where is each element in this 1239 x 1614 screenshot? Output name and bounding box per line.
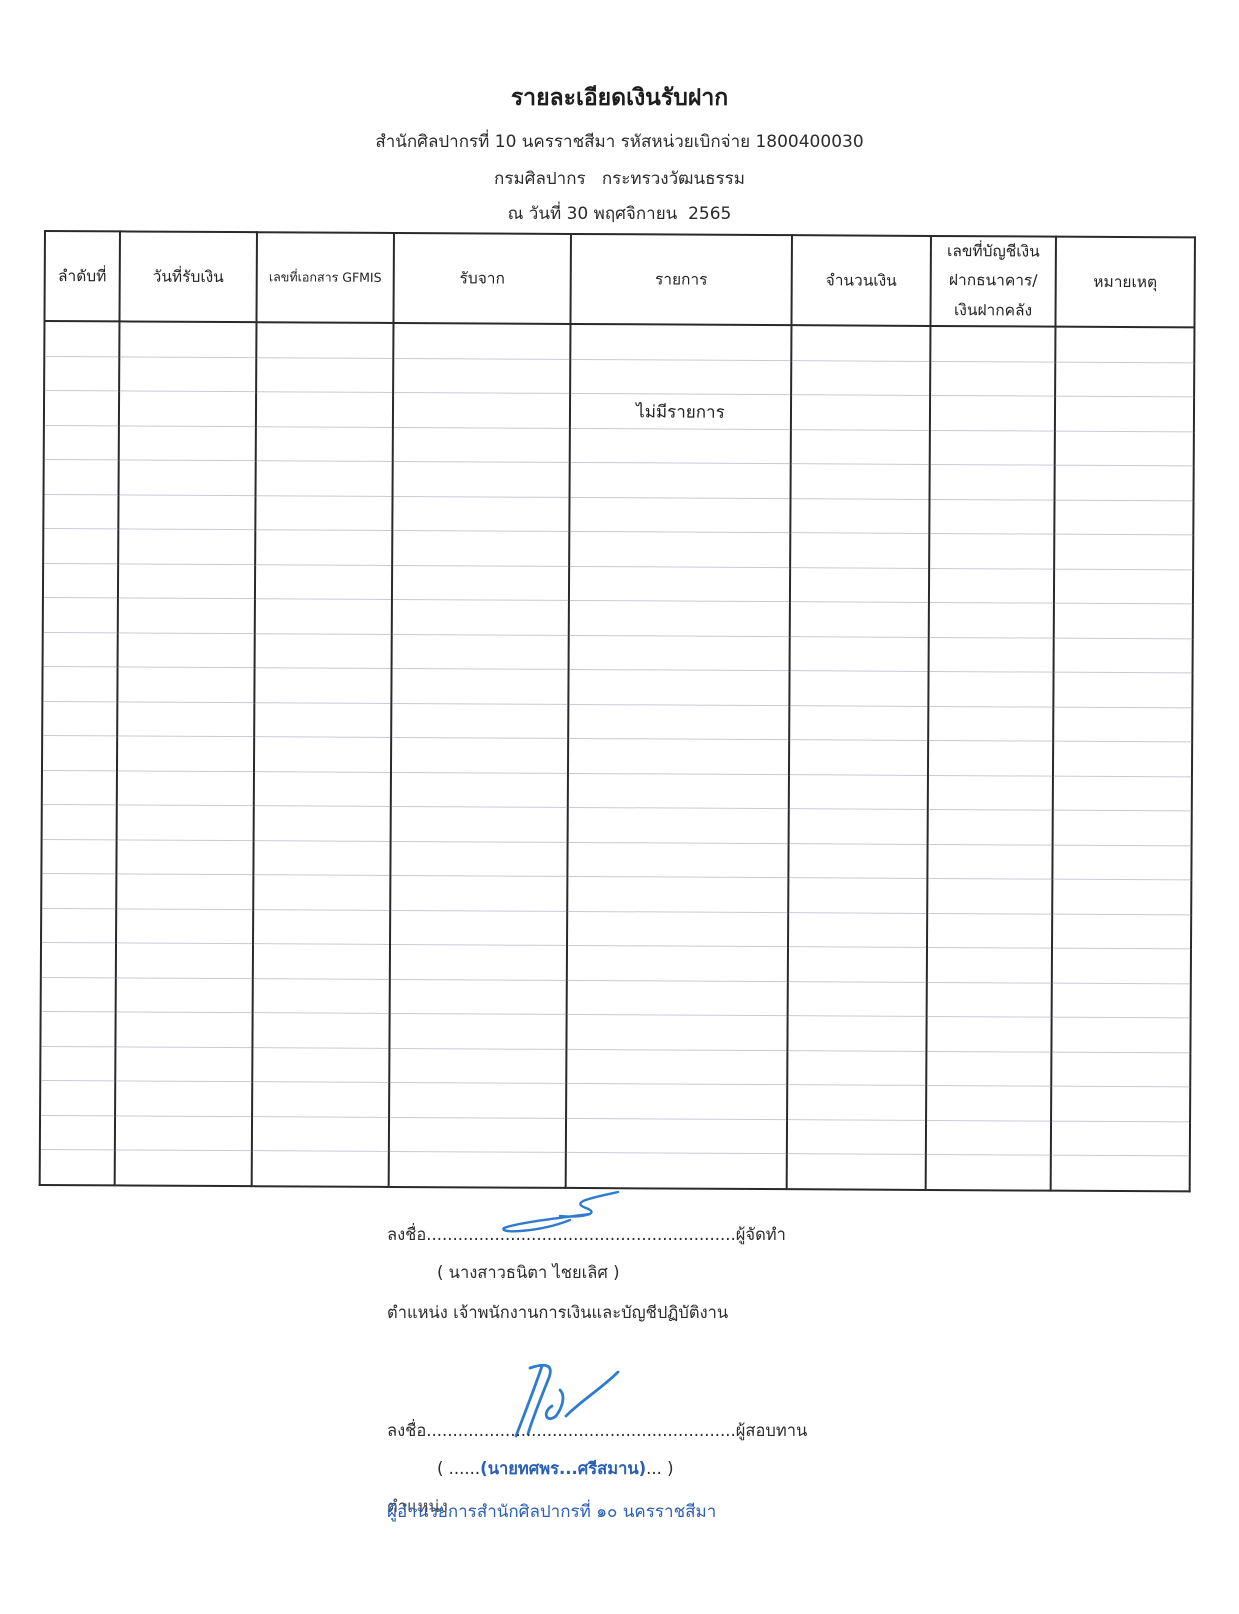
cell-gfmis-doc-no bbox=[253, 909, 390, 944]
cell-description bbox=[567, 946, 788, 982]
office-line: สำนักศิลปากรที่ 10 นครราชสีมา รหัสหน่วยเ… bbox=[0, 128, 1239, 155]
cell-amount bbox=[789, 705, 928, 740]
cell-seq bbox=[42, 701, 117, 736]
cell-received-from bbox=[393, 462, 570, 497]
cell-gfmis-doc-no bbox=[253, 978, 390, 1013]
cell-gfmis-doc-no bbox=[255, 530, 392, 565]
cell-account-no bbox=[929, 534, 1054, 569]
cell-remarks bbox=[1051, 1052, 1190, 1087]
cell-description bbox=[566, 1118, 787, 1154]
reviewer-role: ผู้สอบทาน bbox=[736, 1421, 808, 1440]
cell-seq bbox=[43, 494, 118, 529]
cell-seq bbox=[44, 356, 119, 391]
cell-seq bbox=[41, 839, 116, 874]
cell-amount bbox=[790, 567, 929, 602]
cell-gfmis-doc-no bbox=[252, 1151, 389, 1187]
cell-account-no bbox=[928, 706, 1053, 741]
cell-seq bbox=[42, 770, 117, 805]
cell-seq bbox=[44, 460, 119, 495]
cell-remarks bbox=[1051, 1086, 1190, 1121]
cell-amount bbox=[789, 809, 928, 844]
cell-gfmis-doc-no bbox=[253, 875, 390, 910]
cell-amount bbox=[788, 843, 927, 878]
document-title: รายละเอียดเงินรับฝาก bbox=[0, 80, 1239, 116]
cell-description bbox=[567, 980, 788, 1016]
cell-account-no bbox=[930, 361, 1055, 396]
cell-account-no bbox=[928, 672, 1053, 707]
cell-received-from bbox=[391, 703, 568, 738]
cell-amount bbox=[791, 395, 930, 430]
cell-account-no bbox=[930, 430, 1055, 465]
column-header-account-no: เลขที่บัญชีเงินฝากธนาคาร/เงินฝากคลัง bbox=[930, 236, 1056, 327]
cell-date-received bbox=[117, 667, 254, 702]
cell-gfmis-doc-no bbox=[253, 944, 390, 979]
cell-amount bbox=[791, 429, 930, 464]
cell-remarks bbox=[1053, 776, 1192, 811]
cell-description bbox=[570, 359, 791, 395]
cell-description bbox=[569, 601, 790, 637]
cell-gfmis-doc-no bbox=[254, 737, 391, 772]
cell-account-no bbox=[928, 810, 1053, 845]
sign-label: ลงชื่อ bbox=[387, 1225, 426, 1244]
cell-received-from bbox=[390, 841, 567, 876]
cell-date-received bbox=[115, 1116, 252, 1151]
cell-seq bbox=[41, 943, 116, 978]
cell-received-from bbox=[393, 358, 570, 393]
cell-remarks bbox=[1052, 845, 1191, 880]
cell-date-received bbox=[117, 736, 254, 771]
cell-date-received bbox=[117, 771, 254, 806]
cell-seq bbox=[43, 598, 118, 633]
date-line: ณ วันที่ 30 พฤศจิกายน 2565 bbox=[0, 200, 1239, 227]
cell-gfmis-doc-no bbox=[255, 599, 392, 634]
preparer-name: ( นางสาวธนิตา ไชยเลิศ ) bbox=[437, 1260, 620, 1286]
cell-seq bbox=[44, 425, 119, 460]
column-header-description: รายการ bbox=[570, 234, 792, 326]
cell-received-from bbox=[393, 323, 570, 359]
cell-account-no bbox=[926, 1120, 1051, 1155]
cell-amount bbox=[789, 671, 928, 706]
cell-remarks bbox=[1051, 1155, 1190, 1191]
cell-description bbox=[568, 773, 789, 809]
reviewer-name: (นายทศพร...ศรีสมาน) bbox=[480, 1459, 646, 1478]
cell-description bbox=[569, 532, 790, 568]
cell-seq bbox=[42, 736, 117, 771]
cell-description bbox=[566, 1049, 787, 1085]
table-row bbox=[40, 1150, 1190, 1191]
cell-amount bbox=[787, 1050, 926, 1085]
reviewer-position: ผู้อำนวยการสำนักศิลปากรที่ ๑๐ นครราชสีมา bbox=[387, 1502, 716, 1522]
cell-gfmis-doc-no bbox=[254, 806, 391, 841]
cell-received-from bbox=[390, 910, 567, 945]
reviewer-position-line: ตำแหน่ง ผู้อำนวยการสำนักศิลปากรที่ ๑๐ นค… bbox=[387, 1494, 716, 1521]
cell-gfmis-doc-no bbox=[255, 495, 392, 530]
cell-description bbox=[566, 1015, 787, 1051]
cell-account-no bbox=[926, 1017, 1051, 1052]
cell-amount bbox=[791, 325, 930, 361]
cell-remarks bbox=[1054, 603, 1193, 638]
cell-seq bbox=[40, 1012, 115, 1047]
cell-received-from bbox=[389, 1117, 566, 1152]
cell-remarks bbox=[1051, 1121, 1190, 1156]
cell-received-from bbox=[393, 427, 570, 462]
cell-gfmis-doc-no bbox=[252, 1013, 389, 1048]
cell-date-received bbox=[115, 1047, 252, 1082]
cell-amount bbox=[791, 464, 930, 499]
cell-remarks bbox=[1054, 638, 1193, 673]
sign-label: ลงชื่อ bbox=[387, 1421, 426, 1440]
cell-description bbox=[570, 324, 791, 360]
cell-account-no bbox=[927, 879, 1052, 914]
preparer-sign-line: ลงชื่อ..................................… bbox=[387, 1222, 786, 1248]
cell-seq bbox=[43, 563, 118, 598]
cell-seq bbox=[40, 1150, 115, 1185]
cell-received-from bbox=[390, 945, 567, 980]
cell-amount bbox=[790, 602, 929, 637]
cell-date-received bbox=[116, 943, 253, 978]
signature-dots: ........................................… bbox=[426, 1225, 735, 1244]
cell-description bbox=[570, 463, 791, 499]
cell-description bbox=[569, 566, 790, 602]
cell-seq bbox=[43, 529, 118, 564]
cell-received-from bbox=[392, 496, 569, 531]
cell-amount bbox=[788, 878, 927, 913]
cell-gfmis-doc-no bbox=[256, 392, 393, 427]
cell-account-no bbox=[929, 603, 1054, 638]
cell-account-no bbox=[927, 844, 1052, 879]
column-header-gfmis-doc-no: เลขที่เอกสาร GFMIS bbox=[256, 232, 394, 323]
cell-gfmis-doc-no bbox=[255, 564, 392, 599]
table-header-row: ลำดับที่วันที่รับเงินเลขที่เอกสาร GFMISร… bbox=[44, 231, 1194, 328]
cell-description bbox=[566, 1153, 787, 1189]
cell-account-no bbox=[927, 948, 1052, 983]
cell-seq bbox=[44, 391, 119, 426]
cell-received-from bbox=[389, 1083, 566, 1118]
cell-remarks bbox=[1053, 741, 1192, 776]
cell-seq bbox=[42, 805, 117, 840]
cell-date-received bbox=[118, 564, 255, 599]
cell-description bbox=[568, 704, 789, 740]
column-header-amount: จำนวนเงิน bbox=[791, 235, 931, 326]
cell-date-received bbox=[115, 1081, 252, 1116]
column-header-date-received: วันที่รับเงิน bbox=[119, 231, 257, 322]
empty-message: ไม่มีรายการ bbox=[570, 394, 791, 430]
deposit-table: ลำดับที่วันที่รับเงินเลขที่เอกสาร GFMISร… bbox=[39, 230, 1196, 1192]
cell-received-from bbox=[392, 634, 569, 669]
cell-received-from bbox=[392, 531, 569, 566]
cell-gfmis-doc-no bbox=[256, 358, 393, 393]
cell-date-received bbox=[117, 805, 254, 840]
cell-date-received bbox=[116, 909, 253, 944]
cell-amount bbox=[787, 1016, 926, 1051]
cell-account-no bbox=[926, 1086, 1051, 1121]
reviewer-name-line: ( ......(นายทศพร...ศรีสมาน)... ) bbox=[437, 1456, 674, 1482]
cell-description bbox=[567, 877, 788, 913]
cell-account-no bbox=[927, 913, 1052, 948]
cell-remarks bbox=[1054, 534, 1193, 569]
cell-description bbox=[568, 739, 789, 775]
reviewer-sign-line: ลงชื่อ..................................… bbox=[387, 1418, 807, 1444]
column-header-seq: ลำดับที่ bbox=[44, 231, 120, 322]
cell-gfmis-doc-no bbox=[252, 1082, 389, 1117]
cell-date-received bbox=[119, 357, 256, 392]
cell-account-no bbox=[929, 568, 1054, 603]
cell-gfmis-doc-no bbox=[252, 1047, 389, 1082]
cell-account-no bbox=[930, 465, 1055, 500]
cell-amount bbox=[790, 636, 929, 671]
cell-gfmis-doc-no bbox=[252, 1116, 389, 1151]
cell-date-received bbox=[119, 322, 256, 358]
cell-description bbox=[568, 808, 789, 844]
cell-description bbox=[569, 635, 790, 671]
cell-amount bbox=[787, 1085, 926, 1120]
cell-date-received bbox=[118, 495, 255, 530]
cell-gfmis-doc-no bbox=[256, 323, 393, 359]
cell-remarks bbox=[1052, 914, 1191, 949]
cell-gfmis-doc-no bbox=[256, 426, 393, 461]
cell-description bbox=[567, 911, 788, 947]
cell-remarks bbox=[1052, 983, 1191, 1018]
cell-remarks bbox=[1055, 362, 1194, 397]
cell-remarks bbox=[1054, 500, 1193, 535]
cell-received-from bbox=[389, 1014, 566, 1049]
cell-remarks bbox=[1053, 810, 1192, 845]
table-body: ไม่มีรายการ bbox=[40, 321, 1195, 1191]
cell-remarks bbox=[1055, 465, 1194, 500]
cell-gfmis-doc-no bbox=[255, 633, 392, 668]
cell-account-no bbox=[930, 326, 1055, 362]
cell-remarks bbox=[1051, 1017, 1190, 1052]
cell-account-no bbox=[927, 982, 1052, 1017]
cell-seq bbox=[41, 874, 116, 909]
cell-received-from bbox=[391, 738, 568, 773]
cell-date-received bbox=[119, 391, 256, 426]
column-header-remarks: หมายเหตุ bbox=[1055, 237, 1195, 328]
cell-date-received bbox=[118, 598, 255, 633]
cell-description bbox=[566, 1084, 787, 1120]
cell-account-no bbox=[928, 775, 1053, 810]
cell-seq bbox=[42, 667, 117, 702]
cell-seq bbox=[41, 908, 116, 943]
paren-close: ... ) bbox=[646, 1459, 673, 1478]
cell-remarks bbox=[1052, 948, 1191, 983]
cell-received-from bbox=[389, 1048, 566, 1083]
signature-dots: ........................................… bbox=[426, 1421, 735, 1440]
cell-account-no bbox=[929, 637, 1054, 672]
preparer-role: ผู้จัดทำ bbox=[736, 1225, 786, 1244]
cell-seq bbox=[40, 1081, 115, 1116]
cell-received-from bbox=[391, 807, 568, 842]
cell-amount bbox=[791, 360, 930, 395]
cell-received-from bbox=[389, 1152, 566, 1188]
cell-date-received bbox=[115, 1150, 252, 1186]
cell-description bbox=[569, 497, 790, 533]
deposit-ledger: ลำดับที่วันที่รับเงินเลขที่เอกสาร GFMISร… bbox=[39, 230, 1194, 1192]
cell-gfmis-doc-no bbox=[254, 771, 391, 806]
cell-amount bbox=[788, 912, 927, 947]
paren-open: ( ...... bbox=[437, 1459, 480, 1478]
cell-description bbox=[570, 428, 791, 464]
cell-remarks bbox=[1054, 569, 1193, 604]
cell-account-no bbox=[929, 499, 1054, 534]
cell-date-received bbox=[118, 633, 255, 668]
cell-account-no bbox=[926, 1051, 1051, 1086]
cell-received-from bbox=[392, 600, 569, 635]
cell-remarks bbox=[1052, 879, 1191, 914]
column-header-received-from: รับจาก bbox=[393, 233, 571, 324]
preparer-position: ตำแหน่ง เจ้าพนักงานการเงินและบัญชีปฏิบัต… bbox=[387, 1300, 728, 1326]
department-line: กรมศิลปากร กระทรวงวัฒนธรรม bbox=[0, 165, 1239, 192]
cell-amount bbox=[790, 498, 929, 533]
cell-received-from bbox=[392, 565, 569, 600]
cell-amount bbox=[787, 1119, 926, 1154]
cell-amount bbox=[788, 981, 927, 1016]
cell-amount bbox=[787, 1154, 926, 1190]
cell-account-no bbox=[926, 1155, 1051, 1191]
cell-seq bbox=[40, 1115, 115, 1150]
cell-seq bbox=[41, 977, 116, 1012]
cell-amount bbox=[789, 774, 928, 809]
cell-date-received bbox=[116, 840, 253, 875]
cell-gfmis-doc-no bbox=[253, 840, 390, 875]
cell-received-from bbox=[391, 669, 568, 704]
cell-date-received bbox=[119, 460, 256, 495]
cell-description bbox=[567, 842, 788, 878]
cell-received-from bbox=[393, 393, 570, 428]
cell-seq bbox=[40, 1046, 115, 1081]
cell-account-no bbox=[930, 396, 1055, 431]
cell-gfmis-doc-no bbox=[254, 668, 391, 703]
cell-description bbox=[568, 670, 789, 706]
cell-amount bbox=[790, 533, 929, 568]
cell-received-from bbox=[390, 876, 567, 911]
cell-received-from bbox=[390, 979, 567, 1014]
cell-date-received bbox=[116, 874, 253, 909]
cell-date-received bbox=[118, 529, 255, 564]
cell-seq bbox=[44, 321, 119, 356]
cell-remarks bbox=[1055, 396, 1194, 431]
cell-remarks bbox=[1053, 707, 1192, 742]
cell-remarks bbox=[1055, 327, 1194, 363]
cell-date-received bbox=[115, 1012, 252, 1047]
cell-remarks bbox=[1053, 672, 1192, 707]
cell-received-from bbox=[391, 772, 568, 807]
cell-gfmis-doc-no bbox=[256, 461, 393, 496]
cell-amount bbox=[788, 947, 927, 982]
cell-date-received bbox=[116, 978, 253, 1013]
cell-remarks bbox=[1055, 431, 1194, 466]
cell-account-no bbox=[928, 741, 1053, 776]
cell-amount bbox=[789, 740, 928, 775]
cell-gfmis-doc-no bbox=[254, 702, 391, 737]
cell-date-received bbox=[119, 426, 256, 461]
cell-seq bbox=[43, 632, 118, 667]
cell-date-received bbox=[117, 702, 254, 737]
